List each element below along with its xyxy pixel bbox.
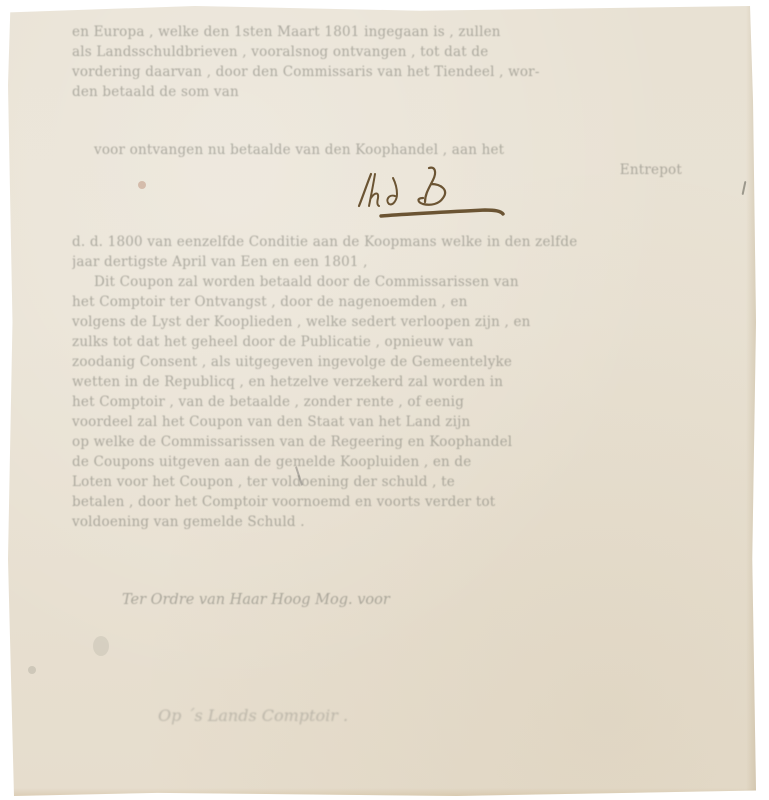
foxing-stain [138,181,146,189]
bleed-through-text-body: d. d. 1800 van eenzelfde Conditie aan de… [72,232,682,532]
text-line: wetten in de Republicq , en hetzelve ver… [72,372,682,392]
text-line: en Europa , welke den 1sten Maart 1801 i… [72,22,682,42]
text-line: voordeel zal het Coupon van den Staat va… [72,412,682,432]
text-line: het Comptoir ter Ontvangst , door de nag… [72,292,682,312]
smudge-mark [28,666,36,674]
text-line: vordering daarvan , door den Commissaris… [72,62,682,82]
smudge-mark [93,636,109,656]
text-line: Loten voor het Coupon , ter voldoening d… [72,472,682,492]
text-line: jaar dertigste April van Een en een 1801… [72,252,682,272]
footer-faint-text: Op ´s Lands Comptoir . [158,706,348,725]
text-line: volgens de Lyst der Kooplieden , welke s… [72,312,682,332]
text-line: als Landsschuldbrieven , vooralsnog ontv… [72,42,682,62]
closing-line: Ter Ordre van Haar Hoog Mog. voor [122,592,390,608]
text-line: het Comptoir , van de betaalde , zonder … [72,392,682,412]
text-line: zoodanig Consent , als uitgegeven ingevo… [72,352,682,372]
paper-bottom-edge-shadow [8,788,756,796]
text-line: den betaald de som van [72,82,682,102]
text-line: de Coupons uitgeven aan de gemelde Koopl… [72,452,682,472]
text-line: voldoening van gemelde Schuld . [72,512,682,532]
text-line: d. d. 1800 van eenzelfde Conditie aan de… [72,232,682,252]
text-line: zulks tot dat het geheel door de Publica… [72,332,682,352]
paper-right-edge-shadow [746,6,756,796]
bleed-through-text-top: en Europa , welke den 1sten Maart 1801 i… [72,22,682,102]
scan-canvas: en Europa , welke den 1sten Maart 1801 i… [0,0,769,800]
text-line: betalen , door het Comptoir voornoemd en… [72,492,682,512]
handwritten-signature-icon [345,160,515,230]
text-line: Dit Coupon zal worden betaald door de Co… [72,272,682,292]
text-line: op welke de Commissarissen van de Regeer… [72,432,682,452]
text-line: voor ontvangen nu betaalde van den Kooph… [72,140,682,160]
